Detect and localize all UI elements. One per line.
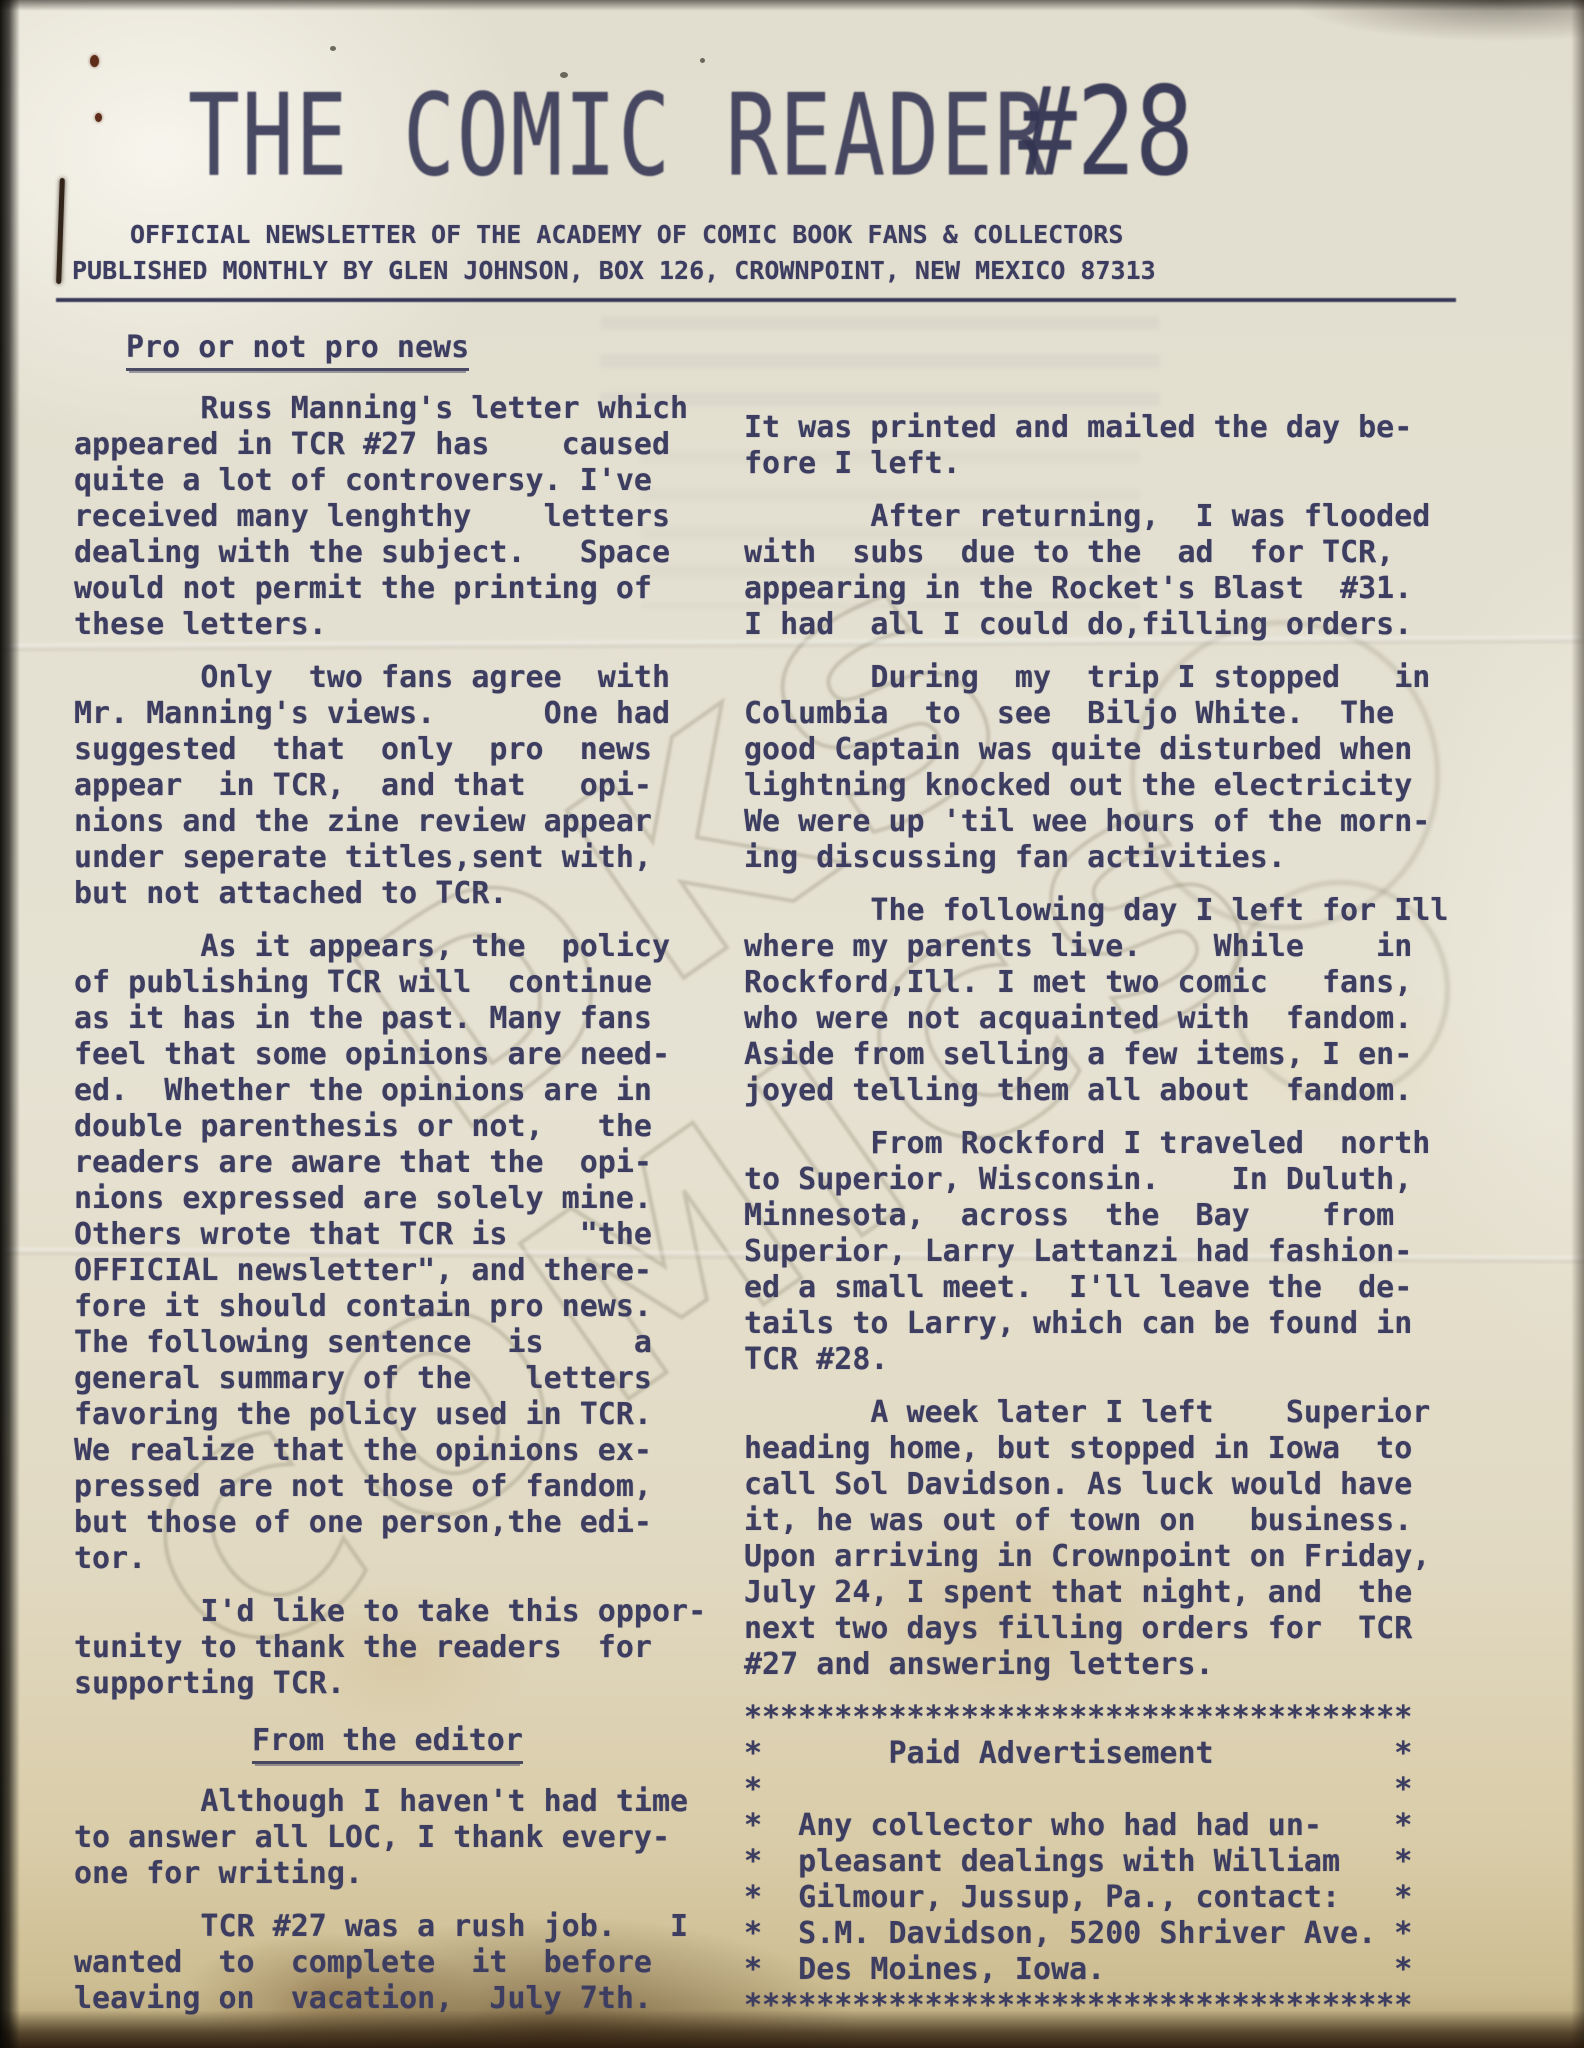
body-paragraph: After returning, I was flooded with subs…	[744, 499, 1444, 643]
subtitle-line-2: PUBLISHED MONTHLY BY GLEN JOHNSON, BOX 1…	[72, 256, 1156, 285]
rust-spot	[90, 55, 99, 67]
ink-speck	[700, 58, 705, 63]
right-column: It was printed and mailed the day be- fo…	[744, 410, 1444, 2024]
body-paragraph: Russ Manning's letter which appeared in …	[74, 391, 724, 643]
body-paragraph: During my trip I stopped in Columbia to …	[744, 660, 1444, 876]
newsletter-title: THE COMIC READER	[188, 79, 1048, 193]
body-paragraph: TCR #27 was a rush job. I wanted to comp…	[74, 1909, 724, 2017]
ink-speck	[560, 72, 568, 78]
left-column: Pro or not pro news Russ Manning's lette…	[74, 330, 724, 2034]
body-paragraph: Only two fans agree with Mr. Manning's v…	[74, 660, 724, 912]
newsletter-page-scan: DKS COMICS THE COMIC READER #28 OFFICIAL…	[0, 0, 1584, 2048]
rust-spot	[95, 113, 102, 122]
body-paragraph: From Rockford I traveled north to Superi…	[744, 1126, 1444, 1378]
masthead: THE COMIC READER #28	[188, 96, 1194, 193]
staple-mark	[56, 178, 65, 284]
section-heading-pro-news: Pro or not pro news	[126, 330, 469, 371]
issue-number: #28	[1018, 71, 1193, 193]
subtitle-line-1: OFFICIAL NEWSLETTER OF THE ACADEMY OF CO…	[130, 220, 1123, 249]
body-paragraph: The following day I left for Ill where m…	[744, 893, 1444, 1109]
body-paragraph: It was printed and mailed the day be- fo…	[744, 410, 1444, 482]
body-paragraph: As it appears, the policy of publishing …	[74, 929, 724, 1577]
header-divider-rule	[56, 298, 1456, 302]
body-paragraph: I'd like to take this oppor- tunity to t…	[74, 1594, 724, 1702]
body-paragraph: Although I haven't had time to answer al…	[74, 1784, 724, 1892]
paid-advertisement-box: ************************************* * …	[744, 1700, 1444, 2024]
body-paragraph: A week later I left Superior heading hom…	[744, 1395, 1444, 1683]
section-heading-from-editor: From the editor	[252, 1723, 523, 1764]
ink-speck	[330, 46, 336, 51]
paid-advertisement-text: ************************************* * …	[744, 1700, 1444, 2024]
